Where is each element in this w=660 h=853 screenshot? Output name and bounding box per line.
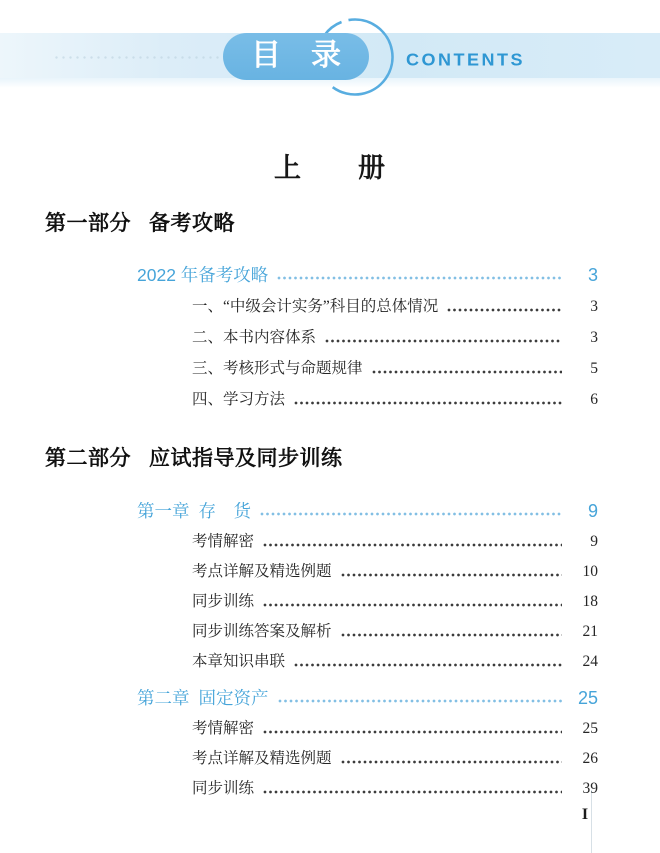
showthrough-mark [33, 50, 49, 60]
item-title: 同步训练 [192, 591, 254, 613]
toc-entry-item: 同步训练 18 [192, 591, 598, 613]
chapter-label: 第二章 [137, 686, 190, 710]
dotted-leader [341, 760, 562, 764]
page-number: 9 [572, 531, 598, 553]
page-number: 3 [572, 296, 598, 318]
toc-page: 目 录 CONTENTS 上 册 第一部分 备考攻略 2022 年备考攻略 3 … [0, 0, 660, 853]
volume-title: 上 册 [0, 146, 660, 185]
part-2-heading: 第二部分 应试指导及同步训练 [45, 445, 598, 471]
dotted-leader [277, 276, 562, 280]
item-title: 考情解密 [192, 531, 254, 553]
section-2022-guide: 2022 年备考攻略 3 一、“中级会计实务”科目的总体情况 3 二、本书内容体… [137, 263, 598, 411]
toc-entry-item: 一、“中级会计实务”科目的总体情况 3 [192, 296, 598, 318]
toc-entry-chapter: 第二章 固定资产 25 [137, 686, 598, 710]
folio-page-number: I [578, 806, 592, 824]
part-2-label: 第二部分 [45, 445, 131, 471]
item-title: 考点详解及精选例题 [192, 561, 332, 583]
item-title: 四、学习方法 [192, 389, 285, 411]
dotted-leader [294, 663, 562, 667]
dotted-leader [341, 633, 562, 637]
item-title: 考情解密 [192, 718, 254, 740]
dotted-leader [278, 699, 563, 703]
dotted-leader [341, 573, 562, 577]
chapter-title: 固定资产 [199, 686, 269, 710]
section-items: 考情解密 9 考点详解及精选例题 10 同步训练 18 同步训练答案及解析 [137, 531, 598, 673]
page-number: 9 [572, 499, 598, 523]
dotted-leader [325, 339, 562, 343]
item-title: 同步训练 [192, 778, 254, 800]
contents-label: CONTENTS [406, 51, 525, 71]
section-chapter-2: 第二章 固定资产 25 考情解密 25 考点详解及精选例题 26 同步训练 [137, 686, 598, 800]
page-number: 26 [572, 748, 598, 770]
toc-entry-item: 同步训练答案及解析 21 [192, 621, 598, 643]
part-1-label: 第一部分 [45, 210, 131, 236]
chapter-title: 存 货 [199, 499, 252, 523]
page-number: 3 [572, 327, 598, 349]
toc-entry-item: 考点详解及精选例题 10 [192, 561, 598, 583]
section-items: 一、“中级会计实务”科目的总体情况 3 二、本书内容体系 3 三、考核形式与命题… [137, 296, 598, 411]
toc-entry-item: 考情解密 9 [192, 531, 598, 553]
part-1-heading: 第一部分 备考攻略 [45, 210, 598, 236]
page-number: 25 [572, 686, 598, 710]
page-number: 3 [572, 263, 598, 287]
toc-entry-item: 三、考核形式与命题规律 5 [192, 358, 598, 380]
part-2-title: 应试指导及同步训练 [149, 445, 343, 471]
dotted-leader [263, 790, 562, 794]
page-number: 18 [572, 591, 598, 613]
item-title: 二、本书内容体系 [192, 327, 316, 349]
toc-entry-chapter: 第一章 存 货 9 [137, 499, 598, 523]
toc-entry-item: 二、本书内容体系 3 [192, 327, 598, 349]
item-title: 三、考核形式与命题规律 [192, 358, 363, 380]
toc-entry-item: 本章知识串联 24 [192, 651, 598, 673]
page-number: 39 [572, 778, 598, 800]
toc-body: 第一部分 备考攻略 2022 年备考攻略 3 一、“中级会计实务”科目的总体情况… [45, 210, 598, 800]
page-number: 10 [572, 561, 598, 583]
page-number: 24 [572, 651, 598, 673]
item-title: 一、“中级会计实务”科目的总体情况 [192, 296, 438, 318]
toc-badge-title: 目 录 [251, 41, 341, 73]
toc-entry-item: 四、学习方法 6 [192, 389, 598, 411]
showthrough-dotted-line [55, 56, 230, 59]
toc-entry-item: 同步训练 39 [192, 778, 598, 800]
dotted-leader [263, 603, 562, 607]
toc-entry-item: 考点详解及精选例题 26 [192, 748, 598, 770]
dotted-leader [447, 308, 562, 312]
section-chapter-1: 第一章 存 货 9 考情解密 9 考点详解及精选例题 10 同步训练 [137, 499, 598, 673]
toc-entry-section: 2022 年备考攻略 3 [137, 263, 598, 287]
dotted-leader [260, 512, 562, 516]
dotted-leader [263, 730, 562, 734]
toc-entry-item: 考情解密 25 [192, 718, 598, 740]
item-title: 考点详解及精选例题 [192, 748, 332, 770]
toc-badge: 目 录 [223, 33, 369, 80]
section-title: 2022 年备考攻略 [137, 263, 268, 287]
dotted-leader [294, 401, 562, 405]
part-1-title: 备考攻略 [149, 210, 235, 236]
dotted-leader [372, 370, 562, 374]
page-number: 21 [572, 621, 598, 643]
page-number: 6 [572, 389, 598, 411]
page-number: 5 [572, 358, 598, 380]
section-items: 考情解密 25 考点详解及精选例题 26 同步训练 39 [137, 718, 598, 800]
page-number: 25 [572, 718, 598, 740]
chapter-label: 第一章 [137, 499, 190, 523]
dotted-leader [263, 543, 562, 547]
item-title: 同步训练答案及解析 [192, 621, 332, 643]
item-title: 本章知识串联 [192, 651, 285, 673]
